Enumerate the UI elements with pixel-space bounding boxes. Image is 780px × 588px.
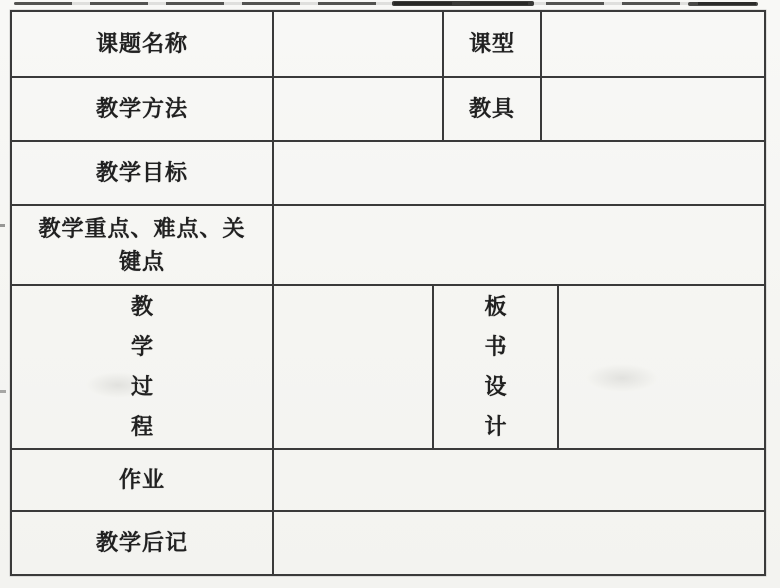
teaching-aids-field — [540, 78, 764, 140]
row-topic-name: 课题名称 课型 — [12, 12, 764, 76]
teaching-method-label-cell: 教学方法 — [12, 78, 272, 140]
row-teaching-method: 教学方法 教具 — [12, 76, 764, 140]
scan-artifact-edge-mark — [0, 390, 6, 393]
row-homework: 作业 — [12, 448, 764, 510]
key-difficult-points-label: 教学重点、难点、关键点 — [12, 212, 272, 278]
lesson-type-label-cell: 课型 — [442, 12, 540, 76]
teaching-objectives-label-cell: 教学目标 — [12, 142, 272, 204]
teaching-aids-label-cell: 教具 — [442, 78, 540, 140]
homework-label-cell: 作业 — [12, 450, 272, 510]
lesson-type-field — [540, 12, 764, 76]
teaching-objectives-field — [272, 142, 764, 204]
key-difficult-points-field — [272, 206, 764, 284]
blackboard-design-label: 板书设计 — [484, 287, 508, 447]
teaching-afternotes-label: 教学后记 — [96, 529, 188, 557]
scan-artifact-blob — [392, 1, 534, 6]
topic-name-field — [272, 12, 442, 76]
row-teaching-objectives: 教学目标 — [12, 140, 764, 204]
homework-label: 作业 — [119, 466, 165, 494]
blackboard-design-field — [557, 286, 764, 448]
topic-name-label-cell: 课题名称 — [12, 12, 272, 76]
teaching-process-label: 教学过程 — [130, 287, 154, 447]
scan-artifact-top-line — [14, 2, 758, 5]
blackboard-design-label-cell: 板书设计 — [432, 286, 557, 448]
teaching-process-field — [272, 286, 432, 448]
topic-name-label: 课题名称 — [96, 30, 188, 58]
row-teaching-afternotes: 教学后记 — [12, 510, 764, 574]
teaching-process-label-cell: 教学过程 — [12, 286, 272, 448]
scanned-lesson-plan-sheet: 课题名称 课型 教学方法 教具 教学目标 — [0, 0, 780, 588]
teaching-method-label: 教学方法 — [96, 95, 188, 123]
key-difficult-points-label-cell: 教学重点、难点、关键点 — [12, 206, 272, 284]
lesson-type-label: 课型 — [469, 30, 515, 58]
row-key-difficult-points: 教学重点、难点、关键点 — [12, 204, 764, 284]
row-teaching-process: 教学过程 板书设计 — [12, 284, 764, 448]
teaching-afternotes-field — [272, 512, 764, 574]
teaching-afternotes-label-cell: 教学后记 — [12, 512, 272, 574]
teaching-aids-label: 教具 — [469, 95, 515, 123]
lesson-plan-form-table: 课题名称 课型 教学方法 教具 教学目标 — [10, 10, 766, 576]
teaching-method-field — [272, 78, 442, 140]
scan-artifact-blob — [688, 2, 758, 6]
homework-field — [272, 450, 764, 510]
teaching-objectives-label: 教学目标 — [96, 159, 188, 187]
scan-artifact-edge-mark — [0, 224, 5, 227]
